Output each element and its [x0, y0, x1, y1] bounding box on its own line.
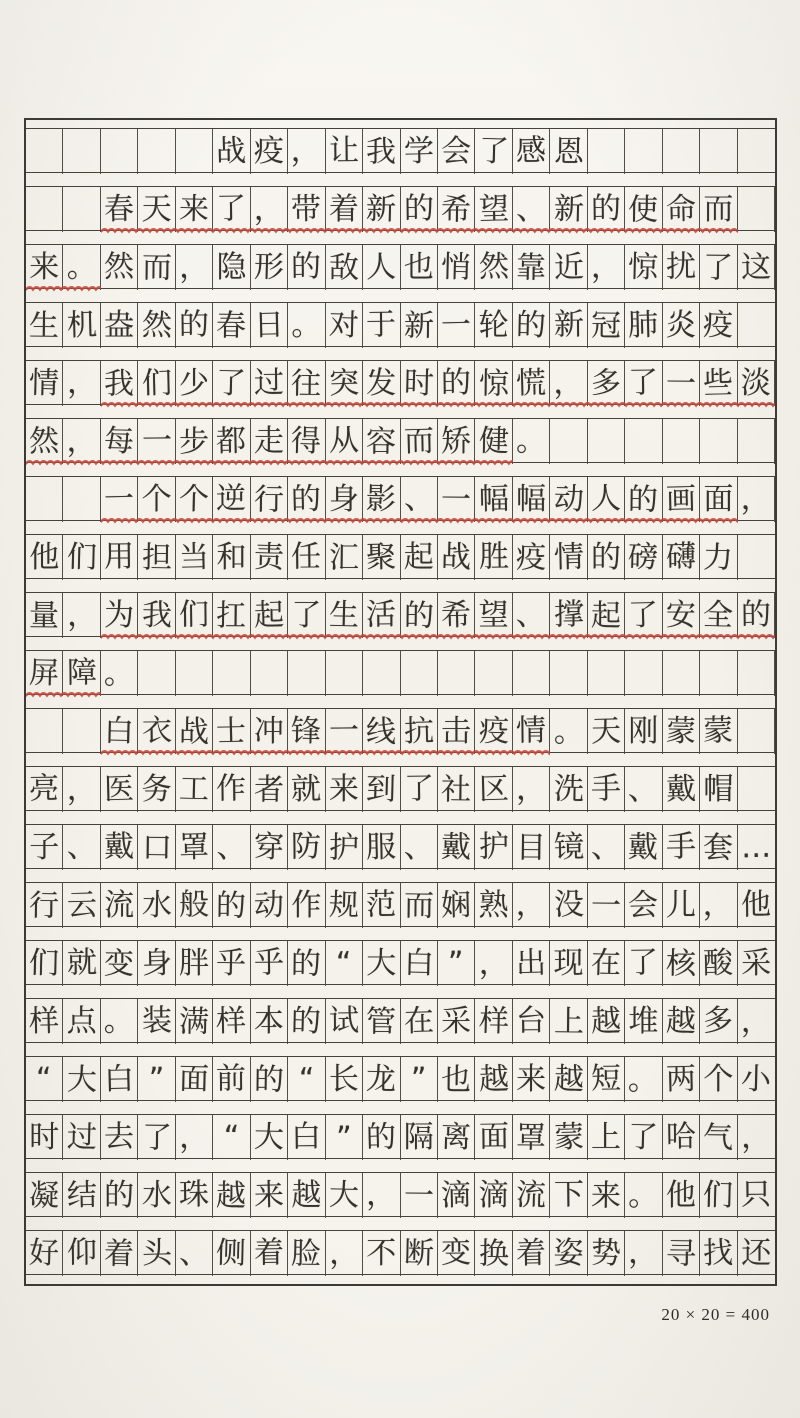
- char-cell: 、: [625, 767, 662, 812]
- handwritten-char: 的: [291, 999, 322, 1045]
- char-cell: 乎: [251, 941, 288, 986]
- handwritten-char: ，: [478, 941, 509, 986]
- essay-row: 样点。装满样本的试管在采样台上越堆越多，: [26, 998, 775, 1043]
- char-cell: 都: [213, 419, 250, 464]
- handwritten-char: ，: [516, 767, 546, 812]
- char-cell: 线: [363, 709, 400, 754]
- handwritten-char: 的: [254, 1057, 285, 1102]
- handwritten-char: 生: [29, 303, 60, 348]
- char-cell: 淡: [738, 361, 775, 406]
- char-cell: 、: [63, 825, 100, 870]
- handwritten-char: 蒙: [703, 708, 734, 753]
- handwritten-char: 春: [104, 187, 135, 233]
- handwritten-char: 命: [665, 187, 696, 233]
- handwritten-char: 身: [141, 941, 172, 987]
- char-cell: 娴: [438, 883, 475, 928]
- char-cell: 的: [101, 1173, 138, 1218]
- handwritten-char: 对: [328, 303, 359, 349]
- char-cell: 了: [625, 941, 662, 986]
- handwritten-char: 容: [366, 419, 397, 464]
- essay-row: 量，为我们扛起了生活的希望、撑起了安全的: [26, 592, 775, 637]
- handwritten-char: 他: [741, 882, 772, 927]
- handwritten-char: 了: [628, 940, 659, 985]
- handwritten-char: 管: [366, 999, 397, 1044]
- handwritten-char: 学: [403, 129, 434, 175]
- handwritten-char: 滴: [441, 1173, 472, 1219]
- char-cell: 他: [738, 883, 775, 928]
- char-cell: [738, 767, 775, 812]
- handwritten-char: 了: [478, 129, 509, 175]
- handwritten-char: 会: [441, 129, 471, 174]
- char-cell: 戴: [625, 825, 662, 870]
- char-cell: 的: [213, 883, 250, 928]
- char-cell: 新: [550, 187, 587, 232]
- handwritten-char: 新: [366, 187, 397, 233]
- char-cell: 洗: [550, 767, 587, 812]
- handwritten-char: ，: [66, 767, 97, 812]
- char-cell: 护: [475, 825, 512, 870]
- char-cell: 寻: [663, 1231, 700, 1276]
- char-cell: 了: [288, 593, 325, 638]
- char-cell: 滴: [438, 1173, 475, 1218]
- char-cell: 扛: [213, 593, 250, 638]
- char-cell: 一: [401, 1173, 438, 1218]
- handwritten-char: 找: [703, 1231, 734, 1277]
- handwritten-char: 线: [366, 709, 397, 754]
- char-cell: 工: [176, 767, 213, 812]
- char-cell: ，: [475, 941, 512, 986]
- handwritten-char: 侧: [216, 1231, 247, 1277]
- char-cell: 情: [550, 535, 587, 580]
- handwritten-char: 在: [403, 999, 434, 1045]
- handwritten-char: 汇: [329, 535, 360, 580]
- handwritten-char: 的: [366, 1115, 397, 1161]
- char-cell: 全: [700, 593, 737, 638]
- handwritten-char: 然: [478, 244, 509, 289]
- char-cell: 障: [63, 651, 100, 696]
- char-cell: 了: [700, 245, 737, 290]
- char-cell: 规: [326, 883, 363, 928]
- char-cell: 现: [550, 941, 587, 986]
- handwritten-char: 来: [253, 1173, 284, 1219]
- char-cell: 靠: [513, 245, 550, 290]
- char-cell: 。: [101, 999, 138, 1044]
- char-cell: 学: [401, 129, 438, 174]
- char-cell: 管: [363, 999, 400, 1044]
- char-cell: 屏: [26, 651, 63, 696]
- char-cell: 而: [401, 419, 438, 464]
- char-cell: 对: [326, 303, 363, 348]
- char-cell: 穿: [251, 825, 288, 870]
- char-cell: 个: [176, 477, 213, 522]
- essay-row: 屏障。: [26, 650, 775, 695]
- handwritten-char: 新: [553, 187, 584, 233]
- handwritten-char: 穿: [253, 825, 284, 871]
- char-cell: 面: [176, 1057, 213, 1102]
- char-cell: 这: [738, 245, 775, 290]
- handwritten-char: 慌: [516, 361, 547, 407]
- essay-row: 子、戴口罩、穿防护服、戴护目镜、戴手套…: [26, 824, 775, 869]
- char-cell: 我: [101, 361, 138, 406]
- handwritten-char: 们: [703, 1173, 734, 1219]
- char-cell: [550, 651, 587, 696]
- handwritten-char: 走: [254, 419, 284, 464]
- char-cell: 命: [663, 187, 700, 232]
- handwritten-char: 身: [329, 477, 359, 522]
- char-cell: 春: [213, 303, 250, 348]
- char-cell: 望: [475, 187, 512, 232]
- char-cell: 。: [625, 1057, 662, 1102]
- char-cell: ，: [550, 361, 587, 406]
- handwritten-char: 步: [179, 419, 210, 464]
- essay-row: 行云流水般的动作规范而娴熟，没一会儿，他: [26, 882, 775, 927]
- handwritten-char: 结: [66, 1173, 97, 1219]
- handwritten-char: 帽: [703, 767, 733, 812]
- handwritten-char: 了: [141, 1115, 172, 1160]
- handwritten-char: 一: [141, 418, 172, 463]
- handwritten-char: 。: [291, 303, 321, 348]
- handwritten-char: 疫: [516, 535, 547, 580]
- handwritten-char: 大: [253, 1115, 284, 1161]
- handwritten-char: 感: [516, 128, 547, 173]
- char-cell: 流: [513, 1173, 550, 1218]
- char-cell: 白: [288, 1115, 325, 1160]
- char-cell: [63, 477, 100, 522]
- char-cell: [63, 129, 100, 174]
- char-cell: 的: [363, 1115, 400, 1160]
- handwritten-char: 姿: [554, 1231, 584, 1276]
- handwritten-char: 发: [366, 361, 396, 406]
- handwritten-char: 社: [441, 767, 472, 812]
- handwritten-char: ，: [66, 360, 97, 405]
- char-cell: 的: [288, 999, 325, 1044]
- char-cell: 般: [176, 883, 213, 928]
- handwritten-char: 战: [216, 129, 247, 175]
- char-cell: 越: [550, 1057, 587, 1102]
- handwritten-char: 磅: [628, 535, 659, 581]
- handwritten-char: 为: [104, 593, 134, 638]
- char-cell: 装: [138, 999, 175, 1044]
- handwritten-char: 护: [478, 824, 509, 869]
- handwritten-char: ，: [254, 187, 285, 232]
- char-cell: 然: [101, 245, 138, 290]
- handwritten-char: 胖: [179, 941, 209, 986]
- handwritten-char: 个: [703, 1057, 733, 1102]
- char-cell: 一: [588, 883, 625, 928]
- handwritten-char: 们: [29, 941, 60, 987]
- handwritten-char: ，: [628, 1230, 659, 1275]
- essay-row: 来。然而，隐形的敌人也悄然靠近，惊扰了这: [26, 244, 775, 289]
- char-cell: 隐: [213, 245, 250, 290]
- char-cell: [738, 303, 775, 348]
- char-cell: ，: [700, 883, 737, 928]
- handwritten-char: 而: [703, 187, 733, 232]
- handwritten-char: 样: [478, 999, 509, 1045]
- char-cell: [738, 129, 775, 174]
- handwritten-char: 着: [329, 187, 359, 232]
- char-cell: [288, 651, 325, 696]
- handwritten-char: 担: [141, 535, 172, 580]
- char-cell: 医: [101, 767, 138, 812]
- handwritten-char: 、: [516, 187, 546, 232]
- char-cell: 来: [176, 187, 213, 232]
- char-cell: 的: [401, 187, 438, 232]
- handwritten-char: 少: [179, 361, 209, 406]
- handwritten-char: 套: [703, 825, 734, 870]
- char-cell: 不: [363, 1231, 400, 1276]
- char-cell: 头: [138, 1231, 175, 1276]
- handwritten-char: 人: [591, 476, 622, 521]
- handwritten-char: 蒙: [665, 709, 696, 755]
- handwritten-char: “: [298, 1057, 315, 1102]
- handwritten-char: 了: [216, 361, 247, 407]
- handwritten-char: 来: [329, 767, 359, 812]
- handwritten-char: 炎: [666, 303, 696, 348]
- handwritten-char: 戴: [665, 767, 696, 813]
- char-cell: 手: [588, 767, 625, 812]
- handwritten-char: “: [36, 1056, 52, 1101]
- char-cell: 多: [700, 999, 737, 1044]
- char-cell: 机: [63, 303, 100, 348]
- char-cell: 越: [213, 1173, 250, 1218]
- handwritten-char: 白: [403, 941, 434, 987]
- char-cell: 云: [63, 883, 100, 928]
- char-cell: 水: [138, 883, 175, 928]
- char-cell: 、: [401, 477, 438, 522]
- handwritten-char: 到: [366, 767, 397, 813]
- char-cell: ，: [63, 419, 100, 464]
- handwritten-char: 越: [478, 1057, 509, 1103]
- handwritten-char: 短: [591, 1056, 622, 1101]
- handwritten-char: 战: [179, 709, 210, 754]
- char-cell: 生: [26, 303, 63, 348]
- char-cell: [700, 651, 737, 696]
- char-cell: 亮: [26, 767, 63, 812]
- char-cell: 了: [401, 767, 438, 812]
- char-cell: 气: [700, 1115, 737, 1160]
- char-cell: ，: [513, 767, 550, 812]
- handwritten-char: 越: [590, 999, 621, 1045]
- char-cell: 着: [513, 1231, 550, 1276]
- handwritten-char: 聚: [366, 535, 397, 581]
- char-cell: 疫: [475, 709, 512, 754]
- char-cell: 的: [176, 303, 213, 348]
- char-cell: 点: [63, 999, 100, 1044]
- char-cell: 用: [101, 535, 138, 580]
- char-cell: 影: [363, 477, 400, 522]
- handwritten-char: 动: [253, 883, 284, 929]
- handwritten-char: 、: [216, 825, 246, 870]
- handwritten-char: 幅: [516, 477, 546, 522]
- char-cell: 行: [26, 883, 63, 928]
- char-cell: 新: [550, 303, 587, 348]
- char-cell: 隔: [401, 1115, 438, 1160]
- handwritten-char: 疫: [703, 303, 734, 349]
- char-cell: ”: [326, 1115, 363, 1160]
- handwritten-char: 一: [329, 708, 360, 753]
- handwritten-char: 敌: [329, 245, 360, 290]
- handwritten-char: 乎: [216, 941, 247, 987]
- char-cell: 。: [101, 651, 138, 696]
- char-cell: 的: [288, 245, 325, 290]
- handwritten-char: 新: [553, 302, 584, 347]
- char-cell: 罩: [176, 825, 213, 870]
- handwritten-char: 情: [553, 535, 584, 581]
- char-cell: 。: [550, 709, 587, 754]
- char-cell: 满: [176, 999, 213, 1044]
- char-cell: 着: [326, 187, 363, 232]
- char-cell: [700, 129, 737, 174]
- char-cell: 疫: [700, 303, 737, 348]
- char-cell: 当: [176, 535, 213, 580]
- handwritten-char: 而: [141, 245, 172, 290]
- char-cell: 就: [63, 941, 100, 986]
- handwritten-char: 就: [66, 940, 97, 985]
- char-cell: 越: [288, 1173, 325, 1218]
- char-cell: 镜: [550, 825, 587, 870]
- char-cell: 着: [251, 1231, 288, 1276]
- char-cell: 还: [738, 1231, 775, 1276]
- char-cell: [663, 419, 700, 464]
- essay-row: 白衣战士冲锋一线抗击疫情。天刚蒙蒙: [26, 708, 775, 753]
- char-cell: [26, 187, 63, 232]
- char-cell: 来: [26, 245, 63, 290]
- char-cell: 身: [138, 941, 175, 986]
- handwritten-char: 的: [591, 186, 622, 231]
- char-cell: 熟: [475, 883, 512, 928]
- composition-sheet: 战疫，让我学会了感恩春天来了，带着新的希望、新的使命而来。然而，隐形的敌人也悄然…: [24, 118, 777, 1286]
- handwritten-char: 然: [104, 244, 135, 289]
- handwritten-char: “: [224, 1115, 240, 1160]
- char-cell: 容: [363, 419, 400, 464]
- char-cell: 作: [213, 767, 250, 812]
- handwritten-char: 来: [29, 245, 59, 290]
- char-cell: 大: [251, 1115, 288, 1160]
- essay-row: 情，我们少了过往突发时的惊慌，多了一些淡: [26, 360, 775, 405]
- char-cell: [513, 651, 550, 696]
- char-cell: 下: [550, 1173, 587, 1218]
- handwritten-char: 白: [291, 1114, 322, 1159]
- char-cell: 冲: [251, 709, 288, 754]
- char-cell: 起: [251, 593, 288, 638]
- essay-row: 生机盎然的春日。对于新一轮的新冠肺炎疫: [26, 302, 775, 347]
- handwritten-char: 安: [666, 593, 696, 638]
- char-cell: 疫: [513, 535, 550, 580]
- char-cell: 少: [176, 361, 213, 406]
- char-cell: [138, 129, 175, 174]
- essay-row: “大白”面前的“长龙”也越来越短。两个小: [26, 1056, 775, 1101]
- char-cell: ，: [63, 361, 100, 406]
- handwritten-char: 一: [104, 477, 135, 523]
- handwritten-char: 障: [66, 650, 97, 695]
- char-cell: 凝: [26, 1173, 63, 1218]
- handwritten-char: 了: [291, 593, 321, 638]
- handwritten-char: 的: [403, 186, 434, 231]
- char-cell: 担: [138, 535, 175, 580]
- handwritten-char: 隔: [404, 1115, 434, 1160]
- char-cell: 来: [326, 767, 363, 812]
- handwritten-char: 他: [29, 535, 59, 580]
- handwritten-char: 一: [441, 477, 472, 522]
- char-cell: 、: [513, 187, 550, 232]
- handwritten-char: 上: [591, 1115, 621, 1160]
- handwritten-char: 望: [479, 593, 509, 638]
- char-cell: 日: [251, 303, 288, 348]
- char-cell: 情: [513, 709, 550, 754]
- handwritten-char: 般: [179, 882, 210, 927]
- char-cell: [176, 651, 213, 696]
- handwritten-char: 好: [29, 1231, 60, 1277]
- handwritten-char: 儿: [666, 883, 696, 928]
- char-cell: 衣: [138, 709, 175, 754]
- char-cell: 子: [26, 825, 63, 870]
- handwritten-char: 越: [665, 999, 696, 1045]
- char-cell: 个: [700, 1057, 737, 1102]
- char-cell: 天: [138, 187, 175, 232]
- handwritten-char: 越: [216, 1173, 247, 1218]
- char-cell: 时: [401, 361, 438, 406]
- handwritten-char: 来: [178, 187, 209, 233]
- char-cell: ”: [401, 1057, 438, 1102]
- char-cell: [738, 709, 775, 754]
- handwritten-char: 生: [328, 593, 359, 639]
- char-cell: 慌: [513, 361, 550, 406]
- handwritten-char: 仰: [66, 1230, 97, 1275]
- handwritten-char: 个: [178, 477, 209, 523]
- handwritten-char: 采: [441, 999, 471, 1044]
- handwritten-char: 。: [553, 709, 584, 754]
- char-cell: 战: [213, 129, 250, 174]
- handwritten-char: 戴: [104, 824, 135, 869]
- char-cell: 来: [251, 1173, 288, 1218]
- handwritten-char: 者: [254, 767, 285, 812]
- handwritten-char: 都: [216, 419, 247, 465]
- char-cell: 姿: [550, 1231, 587, 1276]
- handwritten-char: 目: [516, 825, 547, 870]
- char-cell: 目: [513, 825, 550, 870]
- handwritten-char: 水: [141, 1173, 172, 1219]
- char-cell: 滴: [475, 1173, 512, 1218]
- handwritten-char: 堆: [628, 999, 658, 1044]
- char-cell: 口: [138, 825, 175, 870]
- char-cell: 让: [326, 129, 363, 174]
- handwritten-char: ，: [67, 419, 97, 464]
- char-cell: ，: [363, 1173, 400, 1218]
- handwritten-char: 小: [741, 1057, 772, 1103]
- handwritten-char: 一: [666, 361, 697, 406]
- char-cell: 新: [401, 303, 438, 348]
- char-cell: 的: [401, 593, 438, 638]
- char-cell: 大: [363, 941, 400, 986]
- handwritten-char: 头: [141, 1231, 172, 1277]
- handwritten-char: 天: [142, 187, 172, 232]
- char-cell: 礴: [663, 535, 700, 580]
- char-cell: [588, 651, 625, 696]
- handwritten-char: 的: [291, 477, 322, 523]
- char-cell: 、: [176, 1231, 213, 1276]
- handwritten-char: 。: [628, 1173, 659, 1219]
- char-cell: [625, 129, 662, 174]
- handwritten-char: 我: [141, 593, 172, 639]
- handwritten-char: 龙: [366, 1057, 397, 1103]
- char-cell: 行: [251, 477, 288, 522]
- handwritten-char: 断: [403, 1231, 434, 1277]
- handwritten-char: 还: [741, 1231, 771, 1276]
- handwritten-char: 一: [403, 1173, 434, 1218]
- handwritten-char: ，: [328, 1231, 359, 1277]
- handwritten-char: 变: [441, 1230, 472, 1275]
- handwritten-char: 样: [29, 999, 60, 1045]
